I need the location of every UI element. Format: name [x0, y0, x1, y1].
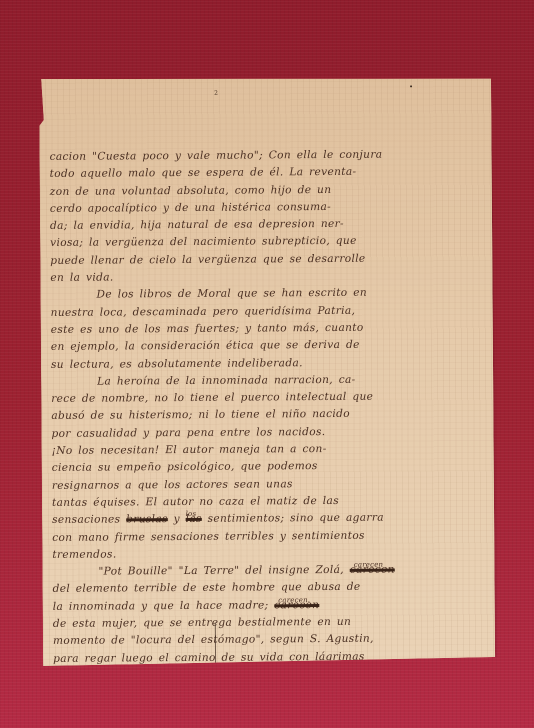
correction-group: carecen. carecen: [274, 599, 319, 611]
handwritten-text: cacion "Cuesta poco y vale mucho"; Con e…: [49, 146, 489, 668]
inserted-word: carecen.: [278, 592, 310, 610]
correction-group: los las: [186, 513, 208, 525]
correction-group: carecen carecen: [350, 564, 395, 576]
text-fragment: "Pot Bouille" "La Terre" del insigne Zol…: [98, 564, 349, 578]
manuscript-page: 2 cacion "Cuesta poco y vale mucho"; Con…: [39, 76, 495, 666]
text-line: para regar luego el camino de su vida co…: [53, 647, 489, 667]
struck-word: bruslas: [126, 513, 168, 525]
text-fragment: y: [174, 513, 186, 525]
text-fragment: sentimientos; sino que agarra: [208, 512, 384, 525]
page-number-mark: 2: [214, 90, 218, 97]
text-fragment: sensaciones: [52, 514, 126, 527]
inserted-word: carecen: [354, 557, 384, 575]
ink-speck: [410, 85, 412, 87]
text-fragment: la innominada y que la hace madre;: [53, 599, 275, 613]
inserted-word: los: [186, 506, 197, 523]
